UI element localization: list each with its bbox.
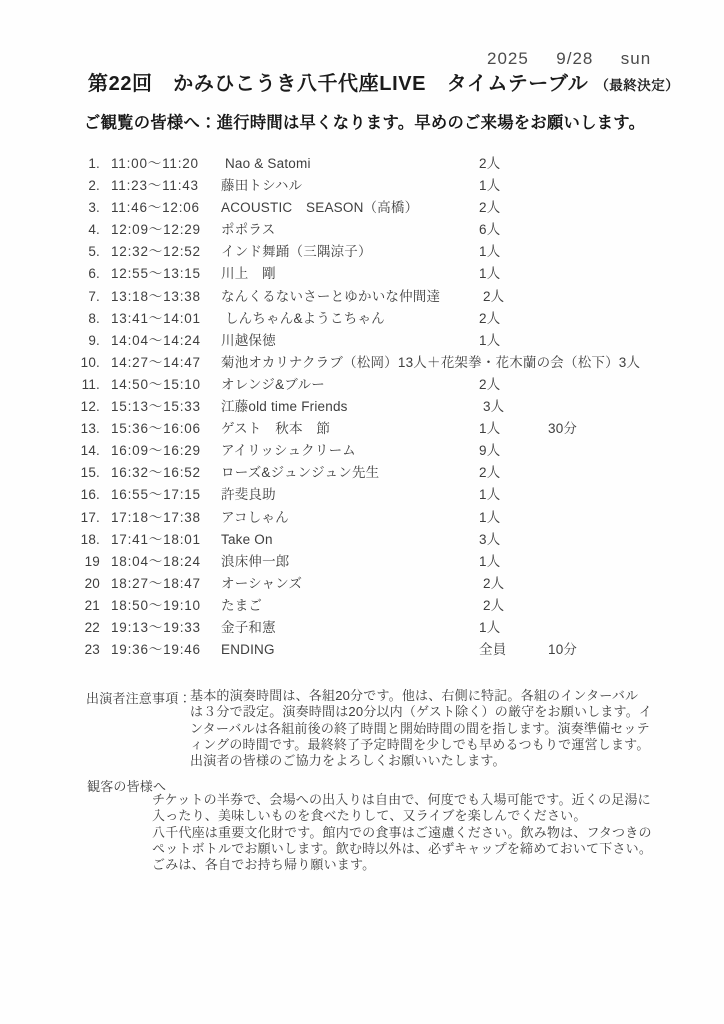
timetable-row: 3.11:46～12:06ACOUSTIC SEASON（高橋）2人	[0, 197, 724, 219]
row-count: 1人	[479, 263, 500, 285]
timetable-row: 9.14:04～14:24川越保徳1人	[0, 330, 724, 352]
row-time: 11:00～11:20	[111, 153, 199, 175]
timetable-row: 4.12:09～12:29ポポラス6人	[0, 219, 724, 241]
note-line: ンターバルは各組前後の終了時間と開始時間の間を指します。演奏準備セッテ	[190, 721, 652, 737]
timetable-row: 16.16:55～17:15許斐良助1人	[0, 484, 724, 506]
performer-notes-text: 基本的演奏時間は、各組20分です。他は、右側に特記。各組のインターバルは３分で設…	[190, 688, 652, 769]
row-name: 金子和憲	[221, 617, 276, 639]
row-time: 18:27～18:47	[111, 573, 201, 595]
row-name: アイリッシュクリーム	[221, 440, 356, 462]
row-count: 2人	[479, 374, 500, 396]
timetable-rows: 1.11:00～11:20 Nao & Satomi2人2.11:23～11:4…	[0, 153, 724, 661]
timetable-row: 6.12:55～13:15川上 剛1人	[0, 263, 724, 285]
row-name: オーシャンズ	[221, 573, 302, 595]
timetable-row: 18.17:41～18:01Take On3人	[0, 529, 724, 551]
row-name: 川越保徳	[221, 330, 276, 352]
row-name: インド舞踊（三隅涼子）	[221, 241, 372, 263]
row-count: 1人	[479, 617, 500, 639]
row-time: 17:18～17:38	[111, 507, 201, 529]
timetable-row: 8.13:41～14:01 しんちゃん&ようこちゃん2人	[0, 308, 724, 330]
timetable-row: 1.11:00～11:20 Nao & Satomi2人	[0, 153, 724, 175]
row-count: 1人	[479, 484, 500, 506]
document-page: { "page": { "date": "2025 9/28 sun", "ti…	[0, 0, 724, 1024]
row-num: 5.	[68, 241, 100, 263]
row-num: 21	[68, 595, 100, 617]
row-count: 1人	[479, 241, 500, 263]
row-time: 11:46～12:06	[111, 197, 200, 219]
row-num: 14.	[68, 440, 100, 462]
row-time: 13:18～13:38	[111, 286, 201, 308]
row-num: 1.	[68, 153, 100, 175]
row-num: 15.	[68, 462, 100, 484]
row-time: 19:13～19:33	[111, 617, 201, 639]
row-name: 菊池オカリナクラブ（松岡）13人＋花架拳・花木蘭の会（松下）3人	[221, 352, 640, 374]
timetable-row: 15.16:32～16:52ローズ&ジュンジュン先生2人	[0, 462, 724, 484]
row-name: ACOUSTIC SEASON（高橋）	[221, 197, 418, 219]
timetable-row: 10.14:27～14:47菊池オカリナクラブ（松岡）13人＋花架拳・花木蘭の会…	[0, 352, 724, 374]
row-num: 22	[68, 617, 100, 639]
row-num: 11.	[68, 374, 100, 396]
timetable-row: 1918:04～18:24浪床伸一郎1人	[0, 551, 724, 573]
timetable-row: 2.11:23～11:43藤田トシハル1人	[0, 175, 724, 197]
date-label: 2025 9/28 sun	[487, 49, 651, 69]
row-name: 浪床伸一郎	[221, 551, 290, 573]
row-num: 4.	[68, 219, 100, 241]
row-count: 3人	[479, 529, 500, 551]
row-count: 2人	[479, 308, 500, 330]
row-count: 1人	[479, 330, 500, 352]
row-time: 12:32～12:52	[111, 241, 201, 263]
note-line: チケットの半券で、会場への出入りは自由で、何度でも入場可能です。近くの足湯に	[152, 792, 652, 808]
row-name: 藤田トシハル	[221, 175, 302, 197]
row-count: 1人	[479, 507, 500, 529]
row-count: 2人	[479, 286, 504, 308]
row-extra: 10分	[548, 639, 577, 661]
note-line: ごみは、各自でお持ち帰り願います。	[152, 857, 652, 873]
row-num: 12.	[68, 396, 100, 418]
row-time: 14:50～15:10	[111, 374, 201, 396]
row-count: 2人	[479, 462, 500, 484]
timetable-row: 2219:13～19:33金子和憲1人	[0, 617, 724, 639]
row-count: 全員	[479, 639, 506, 661]
row-name: ENDING	[221, 639, 275, 661]
row-time: 16:55～17:15	[111, 484, 201, 506]
row-name: なんくるないさーとゆかいな仲間達	[221, 286, 440, 308]
row-name: Take On	[221, 529, 273, 551]
row-name: ポポラス	[221, 219, 275, 241]
row-time: 14:04～14:24	[111, 330, 201, 352]
note-line: 基本的演奏時間は、各組20分です。他は、右側に特記。各組のインターバル	[190, 688, 652, 704]
row-num: 17.	[68, 507, 100, 529]
page-title-note: （最終決定）	[588, 78, 679, 93]
note-line: 八千代座は重要文化財です。館内での食事はご遠慮ください。飲み物は、フタつきの	[152, 825, 652, 841]
performer-notes-label: 出演者注意事項：	[86, 688, 192, 707]
note-line: 出演者の皆様のご協力をよろしくお願いいたします。	[190, 753, 652, 769]
row-num: 6.	[68, 263, 100, 285]
timetable-row: 2319:36～19:46ENDING全員10分	[0, 639, 724, 661]
row-time: 18:04～18:24	[111, 551, 201, 573]
row-time: 14:27～14:47	[111, 352, 201, 374]
row-time: 18:50～19:10	[111, 595, 201, 617]
timetable-row: 14.16:09～16:29アイリッシュクリーム9人	[0, 440, 724, 462]
timetable-row: 13.15:36～16:06ゲスト 秋本 節1人30分	[0, 418, 724, 440]
row-num: 23	[68, 639, 100, 661]
timetable-row: 11.14:50～15:10オレンジ&ブルー2人	[0, 374, 724, 396]
row-time: 11:23～11:43	[111, 175, 199, 197]
row-num: 16.	[68, 484, 100, 506]
row-num: 10.	[68, 352, 100, 374]
row-num: 19	[68, 551, 100, 573]
row-name: ゲスト 秋本 節	[221, 418, 330, 440]
row-name: ローズ&ジュンジュン先生	[221, 462, 379, 484]
row-num: 2.	[68, 175, 100, 197]
visitor-notice: ご観覧の皆様へ：進行時間は早くなります。早めのご来場をお願いします。	[84, 109, 645, 133]
row-num: 20	[68, 573, 100, 595]
note-line: 入ったり、美味しいものを食べたりして、又ライブを楽しんでください。	[152, 808, 652, 824]
page-title: 第22回 かみひこうき八千代座LIVE タイムテーブル（最終決定）	[88, 67, 679, 96]
note-line: ペットボトルでお願いします。飲む時以外は、必ずキャップを締めておいて下さい。	[152, 841, 652, 857]
row-count: 2人	[479, 595, 504, 617]
row-num: 7.	[68, 286, 100, 308]
row-name: 許斐良助	[221, 484, 276, 506]
row-count: 1人	[479, 175, 500, 197]
row-name: 川上 剛	[221, 263, 276, 285]
page-title-main: 第22回 かみひこうき八千代座LIVE タイムテーブル	[88, 73, 588, 95]
row-time: 13:41～14:01	[111, 308, 201, 330]
row-name: オレンジ&ブルー	[221, 374, 325, 396]
row-time: 15:13～15:33	[111, 396, 201, 418]
row-num: 3.	[68, 197, 100, 219]
row-count: 2人	[479, 197, 500, 219]
timetable-row: 5.12:32～12:52インド舞踊（三隅涼子）1人	[0, 241, 724, 263]
row-count: 2人	[479, 573, 504, 595]
row-time: 12:55～13:15	[111, 263, 201, 285]
row-num: 13.	[68, 418, 100, 440]
row-count: 1人	[479, 418, 500, 440]
timetable-row: 12.15:13～15:33江藤old time Friends 3人	[0, 396, 724, 418]
timetable-row: 2018:27～18:47オーシャンズ 2人	[0, 573, 724, 595]
row-name: しんちゃん&ようこちゃん	[221, 308, 385, 330]
row-count: 1人	[479, 551, 500, 573]
row-num: 8.	[68, 308, 100, 330]
row-time: 12:09～12:29	[111, 219, 201, 241]
row-time: 15:36～16:06	[111, 418, 201, 440]
note-line: ィングの時間です。最終終了予定時間を少しでも早めるつもりで運営します。	[190, 737, 652, 753]
row-name: 江藤old time Friends	[221, 396, 348, 418]
row-count: 2人	[479, 153, 500, 175]
row-count: 3人	[479, 396, 504, 418]
row-name: たまご	[221, 595, 262, 617]
row-time: 16:09～16:29	[111, 440, 201, 462]
row-num: 9.	[68, 330, 100, 352]
row-num: 18.	[68, 529, 100, 551]
row-name: Nao & Satomi	[221, 153, 311, 175]
row-time: 16:32～16:52	[111, 462, 201, 484]
audience-notes-text: チケットの半券で、会場への出入りは自由で、何度でも入場可能です。近くの足湯に入っ…	[152, 792, 652, 873]
row-time: 19:36～19:46	[111, 639, 201, 661]
row-time: 17:41～18:01	[111, 529, 201, 551]
row-extra: 30分	[548, 418, 577, 440]
timetable-row: 7.13:18～13:38なんくるないさーとゆかいな仲間達 2人	[0, 286, 724, 308]
row-name: アコしゃん	[221, 507, 289, 529]
note-line: は３分で設定。演奏時間は20分以内（ゲスト除く）の厳守をお願いします。イ	[190, 704, 652, 720]
row-count: 9人	[479, 440, 500, 462]
timetable-row: 17.17:18～17:38アコしゃん1人	[0, 507, 724, 529]
row-count: 6人	[479, 219, 500, 241]
timetable-row: 2118:50～19:10たまご 2人	[0, 595, 724, 617]
